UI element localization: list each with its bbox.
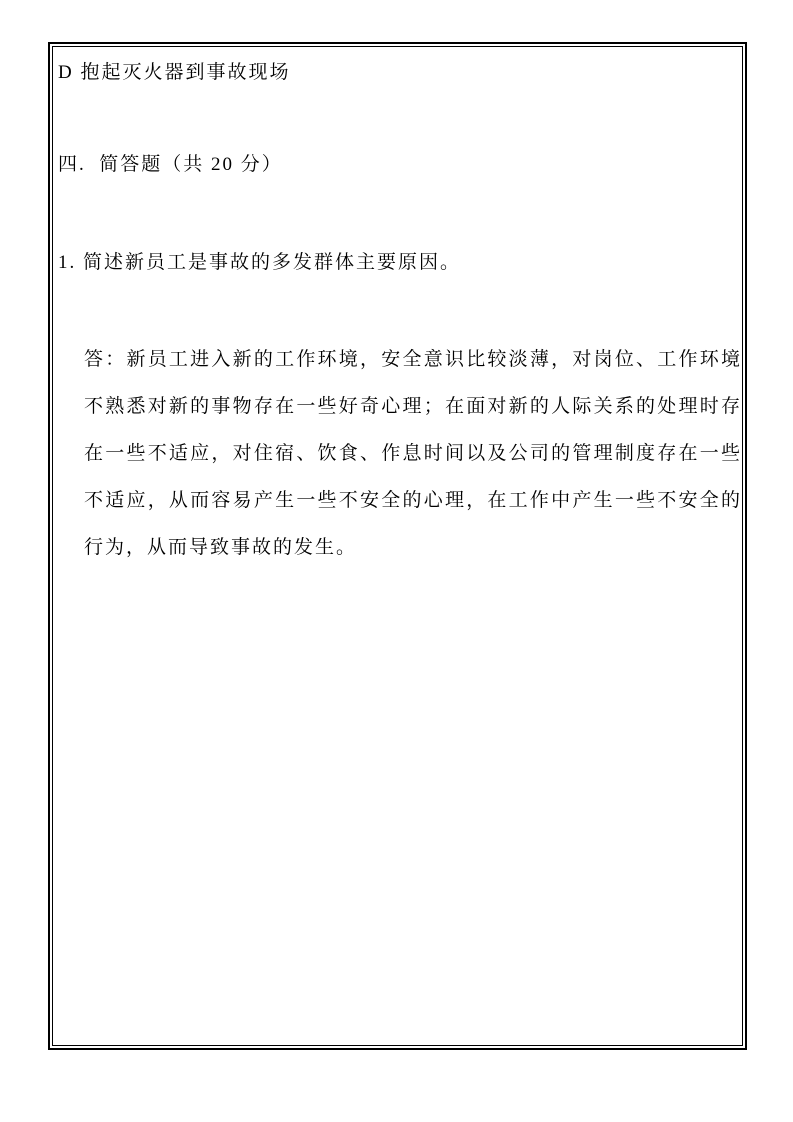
answer-line-3: 在一些不适应，对住宿、饮食、作息时间以及公司的管理制度存在一些 <box>84 430 740 477</box>
answer-line-4: 不适应，从而容易产生一些不安全的心理，在工作中产生一些不安全的 <box>84 477 740 524</box>
answer-line-2: 不熟悉对新的事物存在一些好奇心理；在面对新的人际关系的处理时存 <box>84 383 740 430</box>
answer-line-5: 行为，从而导致事故的发生。 <box>84 524 740 571</box>
answer-paragraph: 答：新员工进入新的工作环境，安全意识比较淡薄，对岗位、工作环境 不熟悉对新的事物… <box>84 336 740 571</box>
question-1-text: 1. 简述新员工是事故的多发群体主要原因。 <box>58 251 461 275</box>
answer-line-1: 答：新员工进入新的工作环境，安全意识比较淡薄，对岗位、工作环境 <box>84 336 740 383</box>
document-page: D 抱起灭火器到事故现场 四. 简答题（共 20 分） 1. 简述新员工是事故的… <box>0 0 793 1122</box>
option-d-text: D 抱起灭火器到事故现场 <box>58 61 290 85</box>
section-heading: 四. 简答题（共 20 分） <box>58 153 283 177</box>
